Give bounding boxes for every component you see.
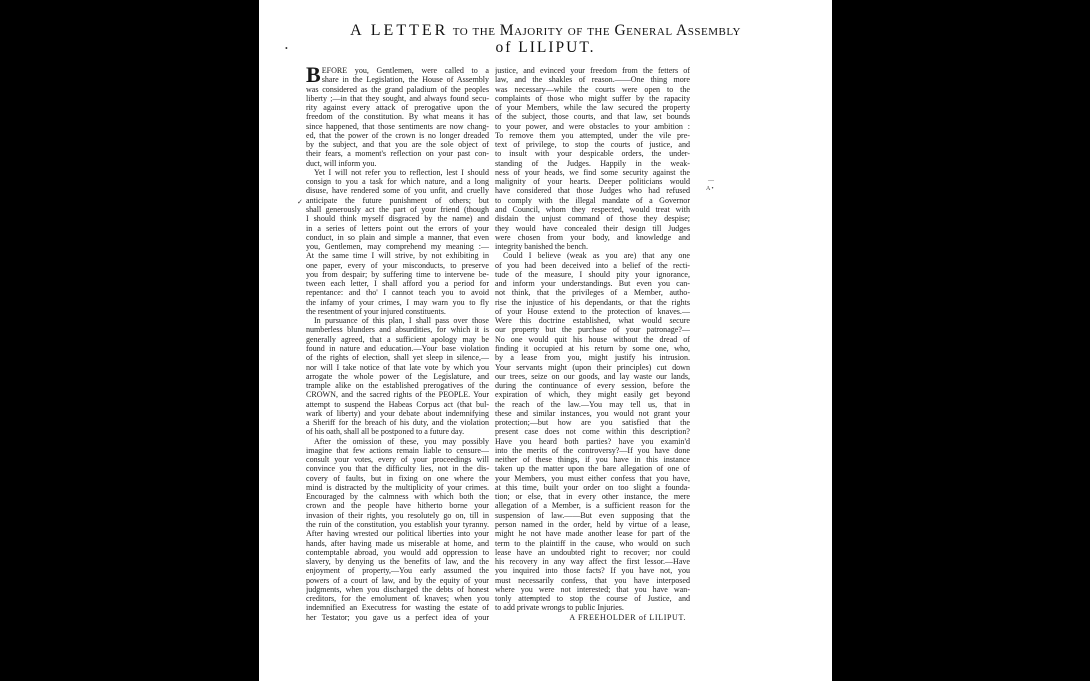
text-line: shall generously act the part of your fr… <box>306 205 489 214</box>
text-line: their fears, a moment's reflection on yo… <box>306 149 489 158</box>
text-line: in a series of letters point out the err… <box>306 224 489 233</box>
text-line: tion; or else, that in every other insta… <box>495 492 690 501</box>
margin-mark: • <box>285 44 288 53</box>
text-line: tonly attempted to stop the course of Ju… <box>495 594 690 603</box>
text-line: into the merits of the controversy?—If y… <box>495 446 690 455</box>
scan-speck <box>470 606 471 607</box>
text-line: covery of faults, but in fixing on one w… <box>306 474 489 483</box>
left-column: BEFORE you, Gentlemen, were called to as… <box>306 66 489 622</box>
text-line: After having wrested our political liber… <box>306 529 489 538</box>
text-line: you, Gentlemen, may comprehend my meanin… <box>306 242 489 251</box>
text-line: I should think myself disgraced by the n… <box>306 214 489 223</box>
text-line: share in the Legislation, the House of A… <box>322 75 489 84</box>
text-line: and inform your understandings. But even… <box>495 279 690 288</box>
title-line-2: of LILIPUT. <box>259 39 832 56</box>
text-line: they would have concealed their design t… <box>495 224 690 233</box>
text-line: of you had been deceived into a belief o… <box>495 261 690 270</box>
document-title: A LETTER to the Majority of the General … <box>259 22 832 56</box>
scan-speck <box>419 600 420 601</box>
text-line: your Members, you must either confess th… <box>495 474 690 483</box>
text-line: liberty ;—in that they sought, and alway… <box>306 94 489 103</box>
text-line: to your power, and were obstacles to you… <box>495 122 690 131</box>
text-line: integrity banished the bench. <box>495 242 690 251</box>
text-line: repentance: and tho' I cannot teach you … <box>306 288 489 297</box>
text-line: hands, after having made us miserable at… <box>306 539 489 548</box>
text-line: not think, that the privileges of a Memb… <box>495 288 690 297</box>
text-line: numberless blunders and absurdities, for… <box>306 325 489 334</box>
text-line: Could I believe (weak as you are) that a… <box>495 251 690 260</box>
text-line: judgments, when you discharged the debts… <box>306 585 489 594</box>
text-line: you from despair; by suffering time to i… <box>306 270 489 279</box>
text-line: Encouraged by the calmness with which bo… <box>306 492 489 501</box>
text-line: text of privilege, to stop the courts of… <box>495 140 690 149</box>
text-line: allegation of a Member, is a sufficient … <box>495 501 690 510</box>
text-line: at this time, built your order on too sl… <box>495 483 690 492</box>
text-line: one paper, every of your misconducts, to… <box>306 261 489 270</box>
title-recipient: to the Majority of the General Assembly <box>448 22 741 39</box>
text-line: nor will I take notice of that late vote… <box>306 363 489 372</box>
text-line: After the omission of these, you may pos… <box>306 437 489 446</box>
text-line: term to the plaintiff in the cause, who … <box>495 539 690 548</box>
text-line: have considered that those Judges who ha… <box>495 186 690 195</box>
text-line: our property but the purchase of your pa… <box>495 325 690 334</box>
text-line: powers of a court of law, and by the equ… <box>306 576 489 585</box>
margin-note-right-1: ― <box>708 178 714 184</box>
text-line: rity against every attack of prerogative… <box>306 103 489 112</box>
text-line: slavery, by denying us the benefits of l… <box>306 557 489 566</box>
text-line: crown and the people have hitherto borne… <box>306 501 489 510</box>
text-line: suspension of law.——But even supposing t… <box>495 511 690 520</box>
text-line: indemnified an Executress for wasting th… <box>306 603 489 612</box>
text-line: tude of the measure, I should pity your … <box>495 270 690 279</box>
title-line-1: A LETTER to the Majority of the General … <box>259 22 832 39</box>
text-line: arrogate the whole power of the Legislat… <box>306 372 489 381</box>
text-line: the resentment of your injured constitue… <box>306 307 489 316</box>
text-line: a Sheriff for the breach of his duty, an… <box>306 418 489 427</box>
text-line: Your servants might (upon their principl… <box>495 363 690 372</box>
text-line: to insult with your despicable orders, t… <box>495 149 690 158</box>
text-line: of the subject, those courts, and that l… <box>495 112 690 121</box>
text-line: contemptable abroad, you would add oppre… <box>306 548 489 557</box>
text-line: invasion of their rights, you resolutely… <box>306 511 489 520</box>
text-line: by the subject, and that you are the sol… <box>306 140 489 149</box>
margin-note-right-2: A • <box>706 186 714 192</box>
text-line: justice, and evinced your freedom from t… <box>495 66 690 75</box>
margin-note-left: ✓ <box>297 198 303 206</box>
text-line: complaints of those who might suffer by … <box>495 94 690 103</box>
text-line: Were this doctrine established, what wou… <box>495 316 690 325</box>
text-line: of your House extend to the protection o… <box>495 307 690 316</box>
text-line: In pursuance of this plan, I shall pass … <box>306 316 489 325</box>
scan-speck <box>530 597 532 599</box>
text-line: since happened, that those sentiments ar… <box>306 122 489 131</box>
text-line: neither of these things, if you have in … <box>495 455 690 464</box>
text-line: attempt to suspend the Habeas Corpus act… <box>306 400 489 409</box>
text-line: where you were not interested; that you … <box>495 585 690 594</box>
text-line: No one would quit his house without the … <box>495 335 690 344</box>
text-line: these and similar instances, you would n… <box>495 409 690 418</box>
text-line: rise the injustice of his dependants, or… <box>495 298 690 307</box>
text-line: consult your votes, every of your procee… <box>306 455 489 464</box>
text-line: to add private wrongs to public Injuries… <box>495 603 690 612</box>
text-line: Yet I will not refer you to reflection, … <box>306 168 489 177</box>
text-line: our trees, seize on our goods, and lay w… <box>495 372 690 381</box>
document-page: A LETTER to the Majority of the General … <box>259 0 832 681</box>
text-line: his recovery in any way affect the first… <box>495 557 690 566</box>
text-line: to comply with the illegal mandate of a … <box>495 196 690 205</box>
text-line: convince you that the difficulty lies, n… <box>306 464 489 473</box>
text-line: tween each letter, I shall afford you a … <box>306 279 489 288</box>
text-line: taken up the matter upon the bare allega… <box>495 464 690 473</box>
title-letter-word: A LETTER <box>350 22 448 39</box>
text-line: trample alike on the established preroga… <box>306 381 489 390</box>
text-line: anticipate the future punishment of othe… <box>306 196 489 205</box>
text-line: you inquired into those facts? If you ha… <box>495 566 690 575</box>
text-line: protection;—but how are you satisfied th… <box>495 418 690 427</box>
text-line: found in nature and education.—Your base… <box>306 344 489 353</box>
text-line: wark of liberty) and your debate about i… <box>306 409 489 418</box>
text-line: were chosen from your body, and knowledg… <box>495 233 690 242</box>
text-line: the ruin of the constitution, you establ… <box>306 520 489 529</box>
text-line: finding it occupied at his return by som… <box>495 344 690 353</box>
text-line: was considered as the grand paladium of … <box>306 85 489 94</box>
text-line: CROWN, and the sacred rights of the PEOP… <box>306 390 489 399</box>
text-line: imagine that few actions remain liable t… <box>306 446 489 455</box>
text-line: of his oath, shall all be postponed to a… <box>306 427 489 436</box>
text-line: ed, that the power of the crown is no lo… <box>306 131 489 140</box>
text-line: person named in the order, held by virtu… <box>495 520 690 529</box>
text-line: Have you heard both parties? have you ex… <box>495 437 690 446</box>
text-line: her Testator; you gave us a perfect idea… <box>306 613 489 622</box>
text-line: of the rights of election, shall yet sle… <box>306 353 489 362</box>
text-line: generally agreed, that a sufficient apol… <box>306 335 489 344</box>
right-column: justice, and evinced your freedom from t… <box>495 66 690 622</box>
text-line: ness of your heads, we find some securit… <box>495 168 690 177</box>
text-line: expiration of which, they might easily g… <box>495 390 690 399</box>
text-line: creditors, for the emolument of knaves; … <box>306 594 489 603</box>
text-line: law, and the shakles of reason.——One thi… <box>495 75 690 84</box>
text-line: lease have an undoubted right to recover… <box>495 548 690 557</box>
signature: A FREEHOLDER of LILIPUT. <box>495 613 690 622</box>
text-line: consign to you a task for which nature, … <box>306 177 489 186</box>
text-line: malignity of your hearts. Deeper politic… <box>495 177 690 186</box>
text-line: by a lease from you, might justify his i… <box>495 353 690 362</box>
drop-cap: B <box>306 66 321 84</box>
text-line: mind is distracted by the multiplicity o… <box>306 483 489 492</box>
text-line: disuse, have rendered some of you unfit,… <box>306 186 489 195</box>
text-line: duct, will inform you. <box>306 159 489 168</box>
text-line: must necessarily confess, that you have … <box>495 576 690 585</box>
text-line: At the same time I will strive, by not e… <box>306 251 489 260</box>
text-line: and Council, whom they respected, would … <box>495 205 690 214</box>
text-line: standing of the Judges. Happily in the w… <box>495 159 690 168</box>
text-line: freedom of the constitution. By what mea… <box>306 112 489 121</box>
text-line: enjoyment of property,—You early assumed… <box>306 566 489 575</box>
text-line: was necessary—while the courts were open… <box>495 85 690 94</box>
text-line: the reach of the law.—You may tell us, t… <box>495 400 690 409</box>
text-line: conduct, in so plain and simple a manner… <box>306 233 489 242</box>
text-line: To remove them you attempted, under the … <box>495 131 690 140</box>
text-line: might he not have made another lease for… <box>495 529 690 538</box>
text-line: EFORE you, Gentlemen, were called to a <box>322 66 489 75</box>
text-line: of your Members, while the law secured t… <box>495 103 690 112</box>
text-line: during the continuance of every session,… <box>495 381 690 390</box>
text-line: the infamy of your crimes, I may warn yo… <box>306 298 489 307</box>
text-line: disdain the unjust command of those they… <box>495 214 690 223</box>
text-line: present case does not come within this d… <box>495 427 690 436</box>
